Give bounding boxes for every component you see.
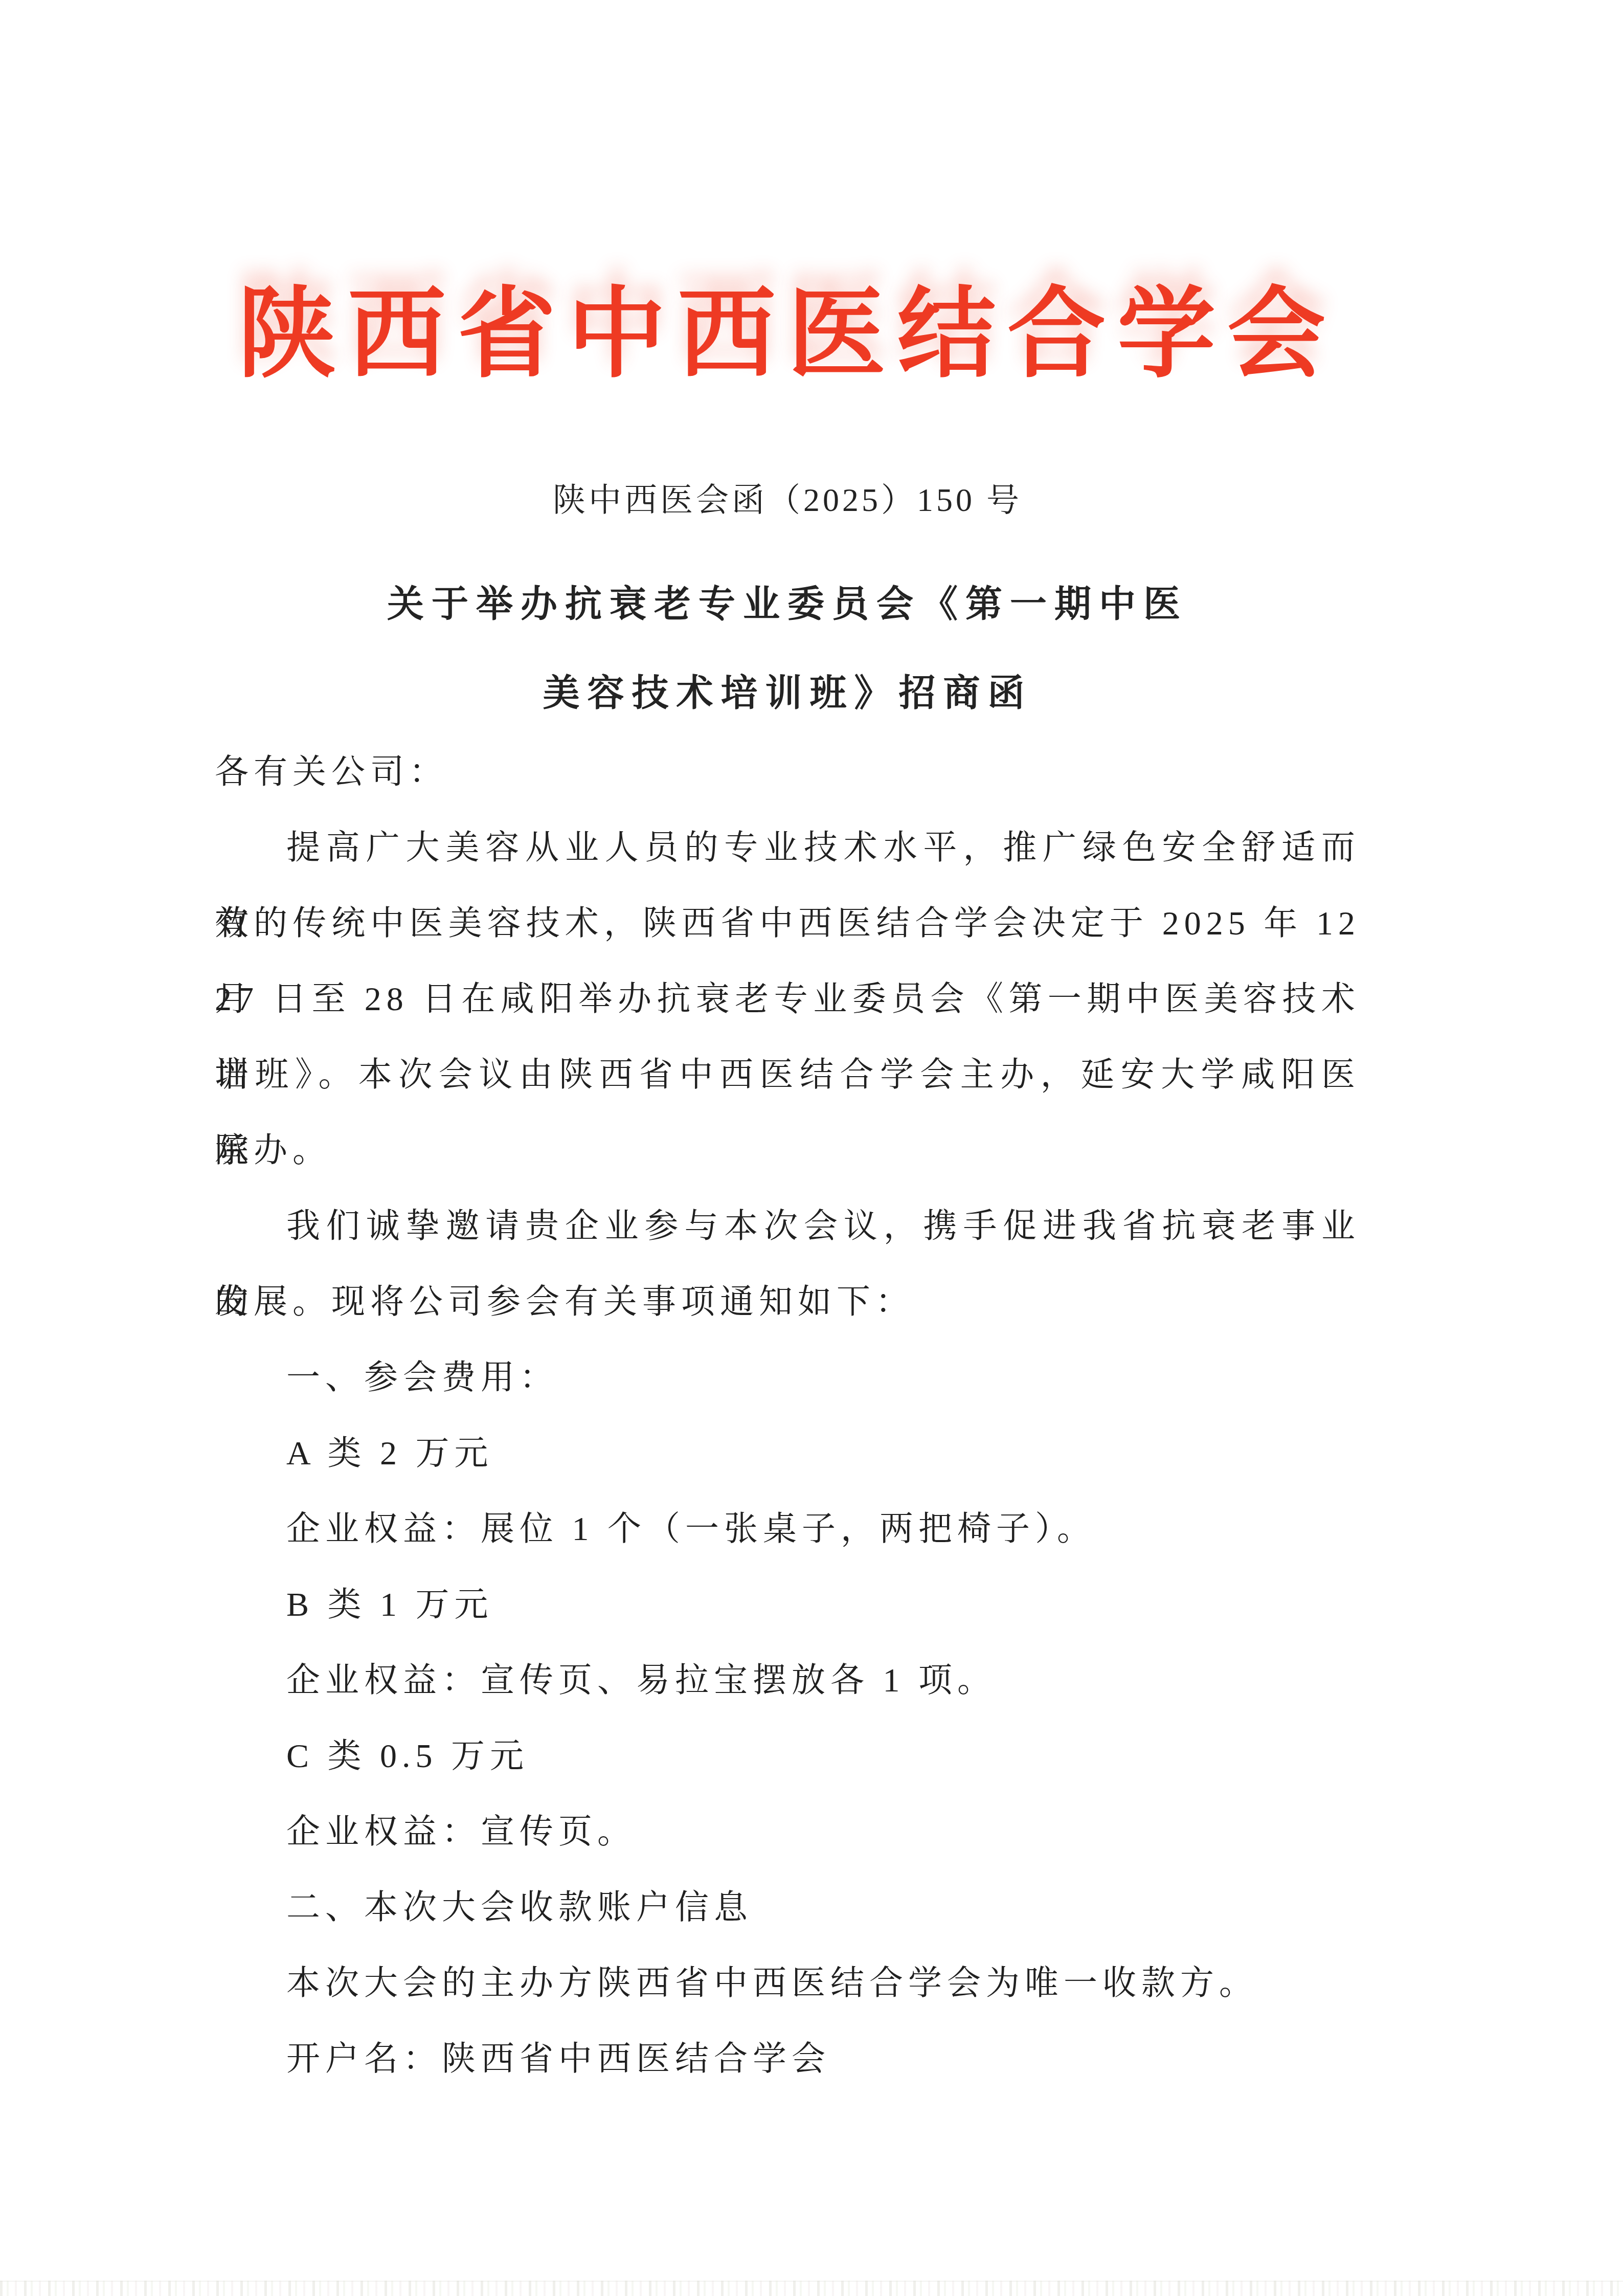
body-line: 提高广大美容从业人员的专业技术水平，推广绿色安全舒适而有 xyxy=(215,810,1360,886)
doc-number: 陕中西医会函（2025）150 号 xyxy=(215,475,1360,526)
section-2-heading: 二、本次大会收款账户信息 xyxy=(215,1870,1360,1946)
salutation: 各有关公司： xyxy=(215,734,1360,810)
fee-benefit-c: 企业权益：宣传页。 xyxy=(215,1794,1360,1870)
section-1-heading: 一、参会费用： xyxy=(215,1340,1360,1416)
fee-class-a: A 类 2 万元 xyxy=(215,1416,1360,1491)
org-title: 陕西省中西医结合学会 xyxy=(215,262,1360,408)
document-page: 陕西省中西医结合学会 陕中西医会函（2025）150 号 关于举办抗衰老专业委员… xyxy=(0,0,1623,2296)
fee-benefit-a: 企业权益：展位 1 个（一张桌子，两把椅子）。 xyxy=(215,1491,1360,1567)
account-name: 开户名：陕西省中西医结合学会 xyxy=(215,2021,1360,2097)
body-line: 发展。现将公司参会有关事项通知如下： xyxy=(215,1264,1360,1340)
body-line: 我们诚挚邀请贵企业参与本次会议，携手促进我省抗衰老事业的 xyxy=(215,1189,1360,1264)
subject-line-2: 美容技术培训班》招商函 xyxy=(215,662,1360,724)
fee-class-c: C 类 0.5 万元 xyxy=(215,1719,1360,1794)
fee-benefit-b: 企业权益：宣传页、易拉宝摆放各 1 项。 xyxy=(215,1643,1360,1719)
payee-note: 本次大会的主办方陕西省中西医结合学会为唯一收款方。 xyxy=(215,1946,1360,2021)
body-line: 效的传统中医美容技术，陕西省中西医结合学会决定于 2025 年 12 月 xyxy=(215,886,1360,962)
body-line: 27 日至 28 日在咸阳举办抗衰老专业委员会《第一期中医美容技术培 xyxy=(215,962,1360,1037)
letter-body: 各有关公司： 提高广大美容从业人员的专业技术水平，推广绿色安全舒适而有 效的传统… xyxy=(215,734,1360,2097)
body-line: 训班》。本次会议由陕西省中西医结合学会主办，延安大学咸阳医院 xyxy=(215,1037,1360,1113)
fee-class-b: B 类 1 万元 xyxy=(215,1567,1360,1643)
scan-noise-strip xyxy=(0,2281,1623,2296)
subject-line-1: 关于举办抗衰老专业委员会《第一期中医 xyxy=(215,573,1360,635)
body-line: 承办。 xyxy=(215,1113,1360,1189)
